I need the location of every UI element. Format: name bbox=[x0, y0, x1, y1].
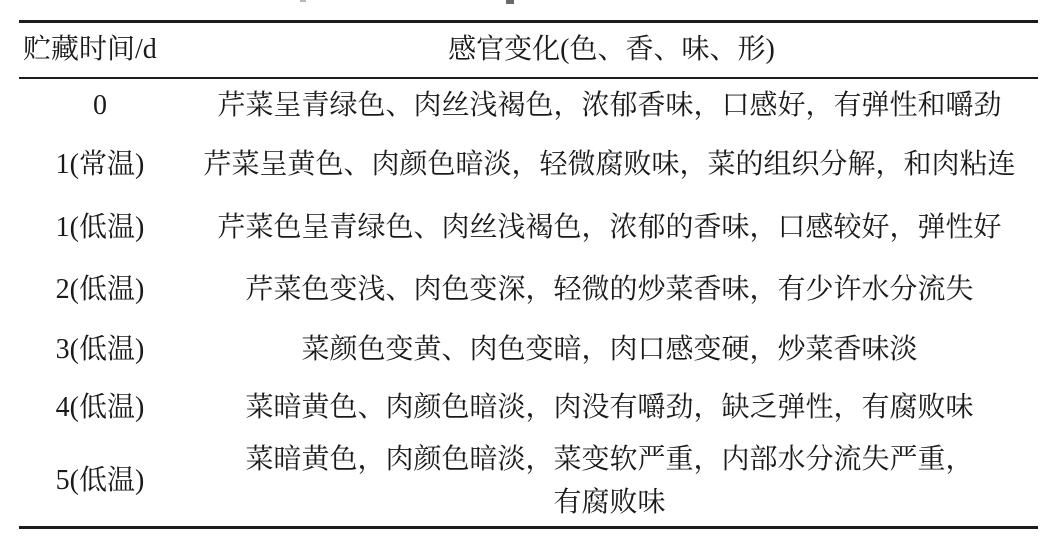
storage-time-cell: 5(低温) bbox=[19, 465, 181, 497]
column-header-sensory-change: 感官变化(色、香、味、形) bbox=[185, 34, 1038, 66]
column-header-storage-time: 贮藏时间/d bbox=[19, 34, 185, 66]
sensory-change-table: 贮藏时间/d 感官变化(色、香、味、形) 0 芹菜呈青绿色、肉丝浅褐色，浓郁香味… bbox=[19, 20, 1038, 529]
storage-time-cell: 0 bbox=[19, 90, 181, 122]
storage-time-cell: 1(低温) bbox=[19, 212, 181, 244]
table-header-row: 贮藏时间/d 感官变化(色、香、味、形) bbox=[19, 23, 1038, 77]
table-row: 3(低温) 菜颜色变黄、肉色变暗，肉口感变硬，炒菜香味淡 bbox=[19, 321, 1038, 380]
table-row: 5(低温) 菜暗黄色，肉颜色暗淡，菜变软严重，内部水分流失严重， 有腐败味 bbox=[19, 436, 1038, 526]
table-row: 0 芹菜呈青绿色、肉丝浅褐色，浓郁香味，口感好，有弹性和嚼劲 bbox=[19, 79, 1038, 134]
storage-time-cell: 1(常温) bbox=[19, 149, 181, 181]
table-row: 1(低温) 芹菜色呈青绿色、肉丝浅褐色，浓郁的香味，口感较好，弹性好 bbox=[19, 197, 1038, 259]
table-row: 2(低温) 芹菜色变浅、肉色变深，轻微的炒菜香味，有少许水分流失 bbox=[19, 259, 1038, 321]
sensory-change-cell: 芹菜色呈青绿色、肉丝浅褐色，浓郁的香味，口感较好，弹性好 bbox=[181, 212, 1038, 244]
table-bottom-rule bbox=[19, 526, 1038, 529]
storage-time-cell: 2(低温) bbox=[19, 274, 181, 306]
table-row: 1(常温) 芹菜呈黄色、肉颜色暗淡，轻微腐败味，菜的组织分解，和肉粘连 bbox=[19, 134, 1038, 197]
sensory-change-cell: 菜颜色变黄、肉色变暗，肉口感变硬，炒菜香味淡 bbox=[181, 334, 1038, 366]
sensory-change-cell: 芹菜呈青绿色、肉丝浅褐色，浓郁香味，口感好，有弹性和嚼劲 bbox=[181, 90, 1038, 122]
sensory-change-cell: 菜暗黄色、肉颜色暗淡，肉没有嚼劲，缺乏弹性，有腐败味 bbox=[181, 392, 1038, 424]
cropped-text-fragment bbox=[300, 0, 306, 2]
table-row: 4(低温) 菜暗黄色、肉颜色暗淡，肉没有嚼劲，缺乏弹性，有腐败味 bbox=[19, 380, 1038, 436]
sensory-change-cell: 芹菜呈黄色、肉颜色暗淡，轻微腐败味，菜的组织分解，和肉粘连 bbox=[181, 149, 1038, 181]
cropped-text-fragment bbox=[506, 0, 514, 4]
sensory-change-cell: 芹菜色变浅、肉色变深，轻微的炒菜香味，有少许水分流失 bbox=[181, 274, 1038, 306]
storage-time-cell: 4(低温) bbox=[19, 392, 181, 424]
storage-time-cell: 3(低温) bbox=[19, 334, 181, 366]
sensory-change-cell: 菜暗黄色，肉颜色暗淡，菜变软严重，内部水分流失严重， 有腐败味 bbox=[181, 438, 1038, 524]
paper-table-page: 贮藏时间/d 感官变化(色、香、味、形) 0 芹菜呈青绿色、肉丝浅褐色，浓郁香味… bbox=[0, 0, 1058, 541]
